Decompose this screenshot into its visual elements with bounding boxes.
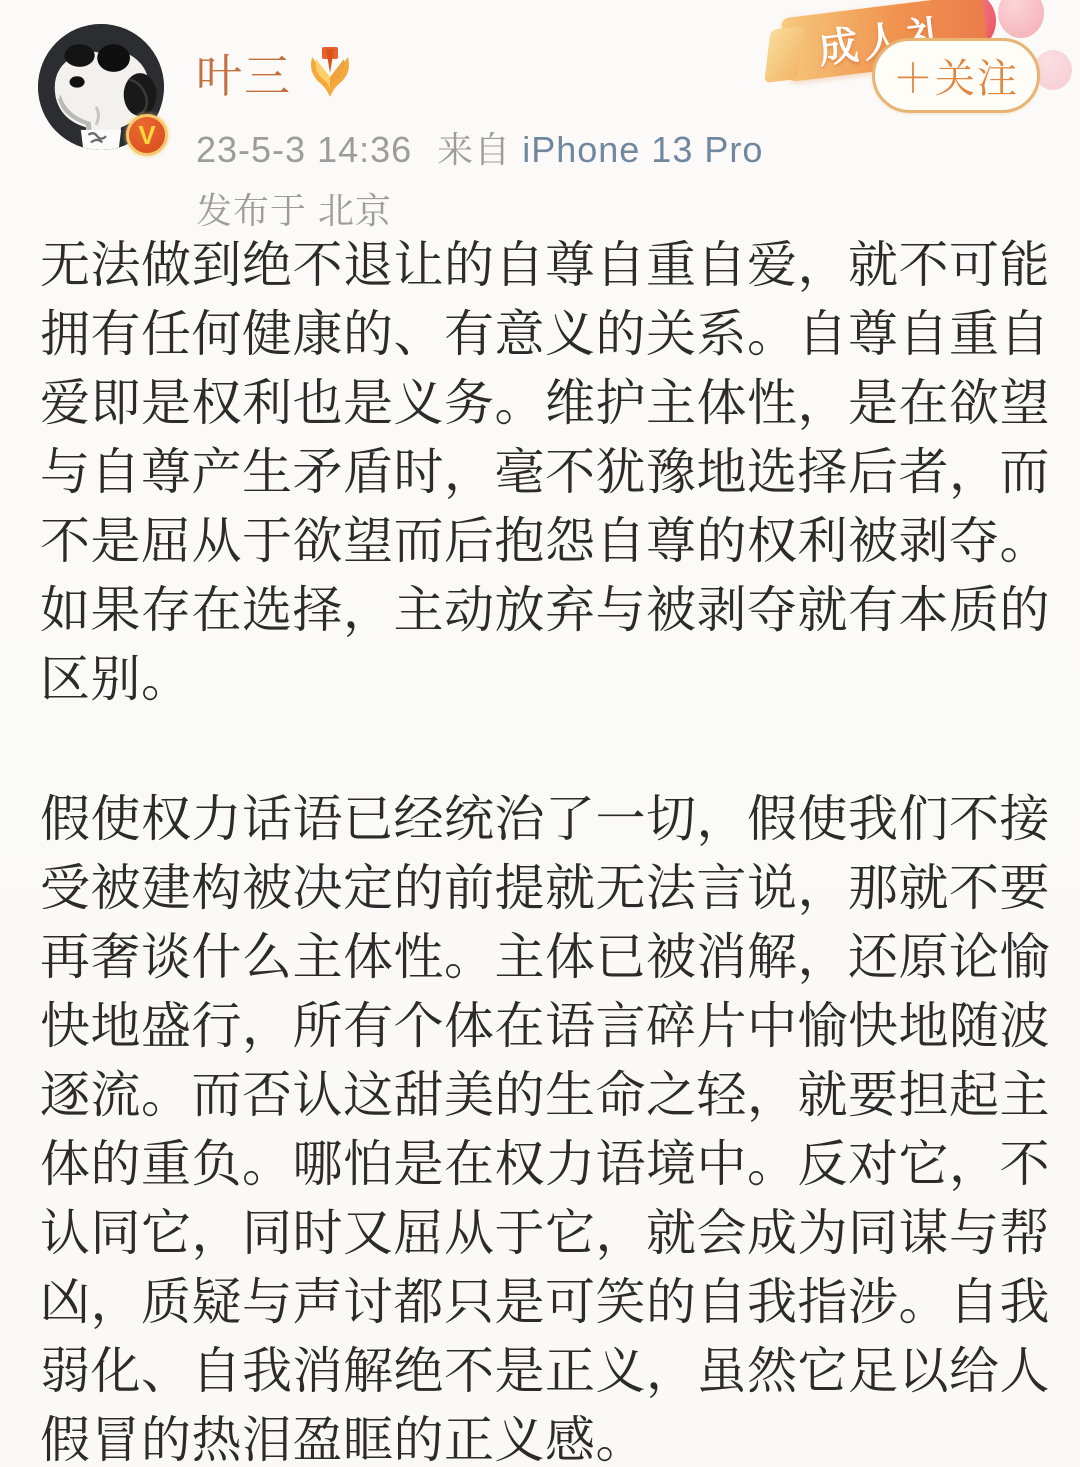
post-paragraph: 无法做到绝不退让的自尊自重自爱，就不可能拥有任何健康的、有意义的关系。自尊自重自… bbox=[40, 231, 1048, 714]
text-line: 爱即是权利也是义务。维护主体性，是在欲望 bbox=[40, 369, 1048, 438]
text-line: 受被建构被决定的前提就无法言说，那就不要 bbox=[40, 854, 1048, 923]
source-prefix: 来自 bbox=[437, 129, 511, 170]
text-line: 不是屈从于欲望而后抱怨自尊的权利被剥夺。 bbox=[40, 507, 1048, 576]
text-line: 再奢谈什么主体性。主体已被消解，还原论愉 bbox=[40, 923, 1048, 992]
location-row: 发布于 北京 bbox=[196, 183, 763, 234]
text-line: 凶，质疑与声讨都只是可笑的自我指涉。自我 bbox=[40, 1268, 1048, 1337]
text-line: 体的重负。哪怕是在权力语境中。反对它，不 bbox=[40, 1130, 1048, 1199]
text-line: 假使权力话语已经统治了一切，假使我们不接 bbox=[40, 785, 1048, 854]
user-info: 叶三 23-5-3 14:36 来自 iPhone 13 Pro 发布 bbox=[196, 40, 763, 234]
post-paragraph: 假使权力话语已经统治了一切，假使我们不接受被建构被决定的前提就无法言说，那就不要… bbox=[40, 785, 1048, 1467]
text-line: 弱化、自我消解绝不是正义，虽然它足以给人 bbox=[40, 1337, 1048, 1406]
location: 北京 bbox=[318, 190, 392, 231]
vip-member-badge-icon bbox=[306, 47, 354, 99]
text-line: 逐流。而否认这甜美的生命之轻，就要担起主 bbox=[40, 1061, 1048, 1130]
username[interactable]: 叶三 bbox=[196, 40, 292, 106]
text-line: 快地盛行，所有个体在语言碎片中愉快地随波 bbox=[40, 992, 1048, 1061]
text-line: 拥有任何健康的、有意义的关系。自尊自重自 bbox=[40, 300, 1048, 369]
text-line: 假冒的热泪盈眶的正义感。 bbox=[40, 1406, 1048, 1467]
meta-row: 23-5-3 14:36 来自 iPhone 13 Pro bbox=[196, 122, 763, 173]
text-line: 认同它，同时又屈从于它，就会成为同谋与帮 bbox=[40, 1199, 1048, 1268]
text-line: 无法做到绝不退让的自尊自重自爱，就不可能 bbox=[40, 231, 1048, 300]
post-body: 无法做到绝不退让的自尊自重自爱，就不可能拥有任何健康的、有意义的关系。自尊自重自… bbox=[40, 231, 1048, 1467]
follow-button[interactable]: ＋关注 bbox=[872, 38, 1040, 113]
weibo-post: 成人礼 bbox=[0, 0, 1080, 1467]
avatar[interactable]: V bbox=[38, 24, 164, 150]
location-prefix: 发布于 bbox=[196, 190, 307, 231]
text-line: 与自尊产生矛盾时，毫不犹豫地选择后者，而 bbox=[40, 438, 1048, 507]
timestamp: 23-5-3 14:36 bbox=[196, 129, 412, 170]
post-header: V 叶三 23-5-3 14:36 来自 iPhone 13 bbox=[0, 0, 1080, 215]
text-line: 如果存在选择，主动放弃与被剥夺就有本质的 bbox=[40, 576, 1048, 645]
source-device-link[interactable]: iPhone 13 Pro bbox=[522, 129, 763, 170]
text-line: 区别。 bbox=[40, 645, 1048, 714]
verified-badge-icon: V bbox=[126, 114, 168, 156]
name-row: 叶三 bbox=[196, 40, 763, 106]
